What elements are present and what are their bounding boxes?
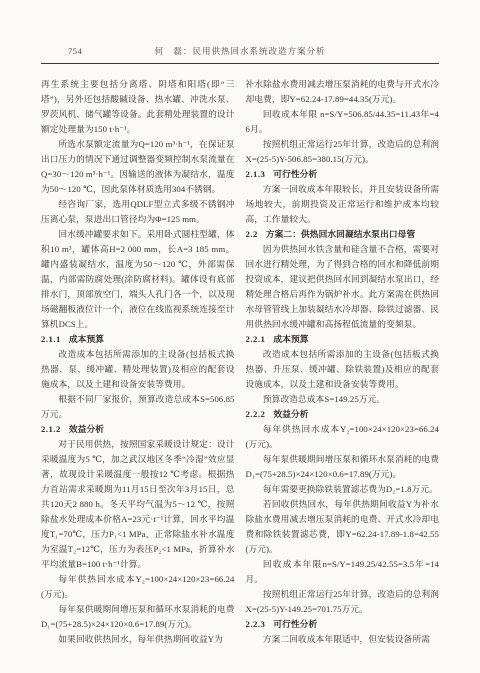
article-body: 再生系统主要包括分离塔、阴塔和阳塔(即“三塔”)，另外还包括酸碱设备、热水罐、冲…	[41, 77, 439, 647]
section-title: 可行性分析	[273, 169, 317, 179]
running-title: 何 磊：民用供热回水系统改造方案分析	[41, 44, 439, 58]
section-title: 效益分析	[273, 409, 308, 419]
section-number: 2.1.2	[41, 424, 61, 434]
section-number: 2.2.2	[246, 409, 266, 419]
page-number: 754	[68, 44, 82, 58]
paragraph: 回收成本年限n=S/Y=149.25/42.55=3.5年=14月。	[246, 557, 440, 587]
section-heading: 2.1.2效益分析	[41, 422, 235, 437]
section-title: 成本预算	[69, 334, 104, 344]
section-heading: 2.2方案二：供热回水回凝结水泵出口母管	[246, 227, 440, 242]
document-page: 754 何 磊：民用供热回水系统改造方案分析 再生系统主要包括分离塔、阴塔和阳塔…	[0, 0, 480, 673]
paragraph: 经咨询厂家，选用QDLF型立式多级不锈钢冲压离心泵，泵进出口管径均为Φ=125 …	[41, 197, 235, 227]
paragraph: 回水缓冲罐要求如下。采用卧式圆柱型罐，体积10 m³，罐体高H=2 000 mm…	[41, 227, 235, 332]
paragraph: 每年泵供暖期间增压泵和循环水泵消耗的电费D₁=(75+28.5)×24×120×…	[41, 602, 235, 632]
paragraph: 每年供热回水成本Y₂=100×24×120×23=66.24(万元)。	[41, 572, 235, 602]
section-number: 2.1.3	[246, 169, 266, 179]
paragraph: 如果回收供热回水，每年供热期间收益Y为	[41, 632, 235, 647]
section-heading: 2.2.3可行性分析	[246, 617, 440, 632]
paragraph: 所选水泵额定流量为Q=120 m³·h⁻¹，在保证泵出口压力的情况下通过调整器变…	[41, 137, 235, 197]
page-header: 754 何 磊：民用供热回水系统改造方案分析	[41, 44, 439, 58]
section-heading: 2.1.1成本预算	[41, 332, 235, 347]
section-title: 效益分析	[69, 424, 104, 434]
section-title: 可行性分析	[273, 619, 317, 629]
right-column: 补水除盐水费用减去增压泵消耗的电费与开式水冷却电费，即Y=62.24-17.89…	[246, 77, 440, 647]
section-heading: 2.2.1成本预算	[246, 332, 440, 347]
paragraph: 改造成本包括所需添加的主设备(包括板式换热器、升压泵、缓冲罐、除铁装置)及相应的…	[246, 347, 440, 392]
section-heading: 2.2.2效益分析	[246, 407, 440, 422]
paragraph: 每年供热回水成本Y₂=100×24×120×23=66.24(万元)。	[246, 422, 440, 452]
paragraph: 按照机组正常运行25年计算，改造后的总利润X=(25-5)Y-149.25=70…	[246, 587, 440, 617]
section-number: 2.2.3	[246, 619, 266, 629]
section-title: 成本预算	[273, 334, 308, 344]
section-number: 2.2.1	[246, 334, 266, 344]
paragraph: 对于民用供热，按照国家采暖设计规定：设计采暖温度为5 ℃，加之武汉地区冬季“冷湿…	[41, 437, 235, 572]
paragraph: 因为供热回水铁含量和硅含量不合格，需要对回水进行精处理，为了得到合格的回水和降低…	[246, 242, 440, 332]
section-number: 2.2	[246, 229, 258, 239]
paragraph: 方案一回收成本年限较长，并且安装设备所需场地较大，前期投资及正常运行和维护成本均…	[246, 182, 440, 227]
paragraph: 补水除盐水费用减去增压泵消耗的电费与开式水冷却电费，即Y=62.24-17.89…	[246, 77, 440, 107]
paragraph: 根据不同厂家报价，预算改造总成本S=506.85万元。	[41, 392, 235, 422]
section-heading: 2.1.3可行性分析	[246, 167, 440, 182]
paragraph: 改造成本包括所需添加的主设备(包括板式换热器、泵、缓冲罐、精处理装置)及相应的配…	[41, 347, 235, 392]
paragraph: 回收成本年限 n=S/Y=506.85/44.35=11.43年=46月。	[246, 107, 440, 137]
paragraph: 方案二回收成本年限适中，但安装设备所需	[246, 632, 440, 647]
paragraph: 每年需要更换除铁装置滤芯费为D₂=1.8万元。	[246, 482, 440, 497]
paragraph: 再生系统主要包括分离塔、阴塔和阳塔(即“三塔”)，另外还包括酸碱设备、热水罐、冲…	[41, 77, 235, 137]
left-column: 再生系统主要包括分离塔、阴塔和阳塔(即“三塔”)，另外还包括酸碱设备、热水罐、冲…	[41, 77, 235, 647]
paragraph: 按照机组正常运行25年计算，改造后的总利润X=(25-5)Y-506.85=38…	[246, 137, 440, 167]
header-rule	[41, 63, 439, 64]
section-title: 方案二：供热回水回凝结水泵出口母管	[266, 229, 415, 239]
paragraph: 预算改造总成本S=149.25万元。	[246, 392, 440, 407]
paragraph: 每年泵供暖期间增压泵和循环水泵消耗的电费D₁=(75+28.5)×24×120×…	[246, 452, 440, 482]
section-number: 2.1.1	[41, 334, 61, 344]
paragraph: 若回收供热回水，每年供热期间收益Y为补水除盐水费用减去增压泵消耗的电费、开式水冷…	[246, 497, 440, 557]
